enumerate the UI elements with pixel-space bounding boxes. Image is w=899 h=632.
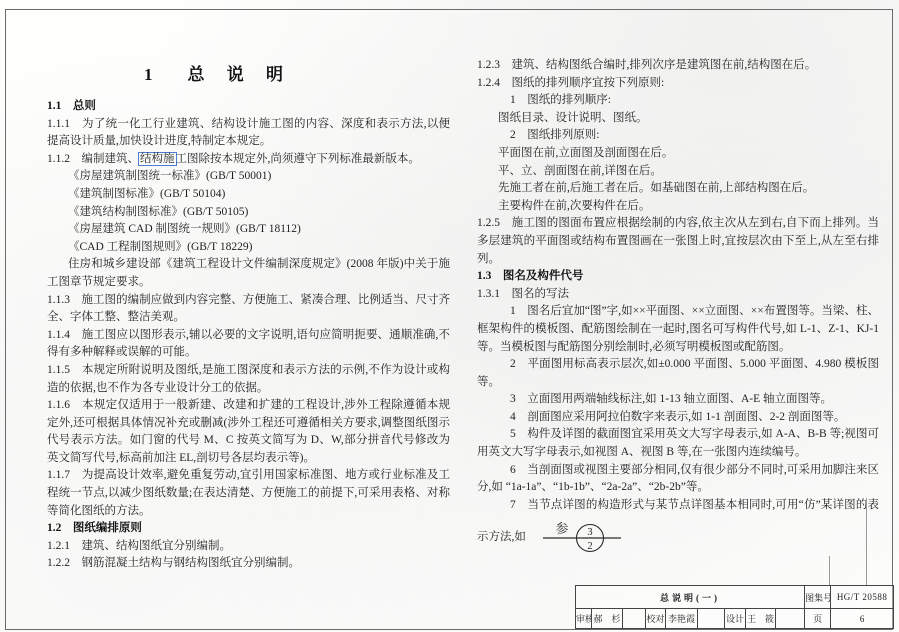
designer-name: 王 筱 [746,609,776,629]
page-title: 1 总 说 明 [28,60,408,85]
designer-label: 设计 [725,609,746,629]
svg-text:3: 3 [587,527,592,538]
left-column: 1.1 总则1.1.1 为了统一化工行业建筑、结构设计施工图的内容、深度和表示方… [47,98,450,573]
scan-artifact-line [829,556,830,586]
paragraph: 《建筑制图标准》(GB/T 50104) [47,186,450,204]
reviewer-label: 审核 [576,609,592,629]
paragraph: 平面图在前,立面图及剖面图在后。 [477,145,879,163]
paragraph: 1.1.5 本规定所附说明及图纸,是施工图深度和表示方法的示例,不作为设计或构造… [47,362,450,397]
paragraph: 《建筑结构制图标准》(GB/T 50105) [47,204,450,222]
atlas-number-value: HG/T 20588 [831,586,894,609]
paragraph: 《房屋建筑 CAD 制图统一规则》(GB/T 18112) [47,221,450,239]
svg-text:2: 2 [587,541,592,552]
paragraph: 《房屋建筑制图统一标准》(GB/T 50001) [47,168,450,186]
paragraph-text: 工图除按本规定外,尚须遵守下列标准最新版本。 [176,153,420,165]
paragraph: 1 图名后宜加“图”字,如××平面图、××立面图、××布置图等。当梁、柱、框架构… [477,303,879,356]
paragraph: 1.2.4 图纸的排列顺序宜按下列原则: [477,75,879,93]
paragraph: 1.2.1 建筑、结构图纸宜分别编制。 [47,538,450,556]
paragraph: 4 剖面图应采用阿拉伯数字来表示,如 1-1 剖面图、2-2 剖面图等。 [477,409,879,427]
paragraph: 先施工者在前,后施工者在后。如基础图在前,上部结构图在后。 [477,180,879,198]
paragraph: 1.1.7 为提高设计效率,避免重复劳动,宜引用国家标准图、地方或行业标准及工程… [47,467,450,520]
page-number-value: 6 [831,609,894,629]
paragraph: 主要构件在前,次要构件在后。 [477,198,879,216]
paragraph: 1.3.1 图名的写法 [477,286,879,304]
title-block: 总说明(一) 图集号 HG/T 20588 审核 郝 杉 校对 李艳霞 设计 王… [575,585,894,629]
footer-sheet-title: 总说明(一) [576,586,805,609]
atlas-number-label: 图集号 [805,586,831,609]
paragraph: 1.2.2 钢筋混凝土结构与钢结构图纸宜分别编制。 [47,555,450,573]
section-heading: 1.1 总则 [47,98,450,116]
paragraph: 1.1.3 施工图的编制应做到内容完整、方便施工、紧凑合理、比例适当、尺寸齐全、… [47,292,450,327]
paragraph: 7 当节点详图的构造形式与某节点详图基本相同时,可用“仿”某详图的表示方法,如参… [477,497,879,557]
paragraph: 1 图纸的排列顺序: [477,92,879,110]
paragraph: 平、立、剖面图在前,详图在后。 [477,163,879,181]
paragraph: 1.1.4 施工图应以图形表示,辅以必要的文字说明,语句应简明扼要、通顺准确,不… [47,327,450,362]
page-number-label: 页 [805,609,831,629]
empty-cell [776,609,805,629]
checker-name: 李艳霞 [666,609,698,629]
reviewer-name: 郝 杉 [592,609,623,629]
empty-cell [698,609,725,629]
section-heading: 1.3 图名及构件代号 [477,268,879,286]
empty-cell [623,609,646,629]
svg-text:参: 参 [555,521,568,536]
right-column: 1.2.3 建筑、结构图纸合编时,排列次序是建筑图在前,结构图在后。1.2.4 … [477,57,879,556]
annotation-highlight-box: 结构施 [138,152,177,166]
paragraph: 1.2.3 建筑、结构图纸合编时,排列次序是建筑图在前,结构图在后。 [477,57,879,75]
paragraph: 住房和城乡建设部《建筑工程设计文件编制深度规定》(2008 年版)中关于施工图章… [47,256,450,291]
paragraph: 6 当剖面图或视图主要部分相同,仅有很少部分不同时,可采用加脚注来区分,如 “1… [477,462,879,497]
paragraph: 3 立面图用两端轴线标注,如 1-13 轴立面图、A-E 轴立面图等。 [477,391,879,409]
section-heading: 1.2 图纸编排原则 [47,520,450,538]
paragraph: 《CAD 工程制图规则》(GB/T 18229) [47,239,450,257]
paragraph: 图纸目录、设计说明、图纸。 [477,110,879,128]
checker-label: 校对 [646,609,666,629]
paragraph: 1.1.2 编制建筑、结构施工图除按本规定外,尚须遵守下列标准最新版本。 [47,151,450,169]
paragraph: 2 平面图用标高表示层次,如±0.000 平面图、5.000 平面图、4.980… [477,356,879,391]
paragraph: 1.1.1 为了统一化工行业建筑、结构设计施工图的内容、深度和表示方法,以便提高… [47,116,450,151]
paragraph: 5 构件及详图的截面图宜采用英文大写字母表示,如 A-A、B-B 等;视图可用英… [477,426,879,461]
paragraph: 1.2.5 施工图的图面布置应根据绘制的内容,依主次从左到右,自下而上排列。当多… [477,215,879,268]
paragraph: 1.1.6 本规定仅适用于一般新建、改建和扩建的工程设计,涉外工程除遵循本规定外… [47,397,450,467]
paragraph: 2 图纸排列原则: [477,127,879,145]
scan-artifact-line [866,498,867,586]
paragraph-text: 1.1.2 编制建筑、 [47,153,139,165]
detail-reference-symbol: 参32 [540,514,624,556]
